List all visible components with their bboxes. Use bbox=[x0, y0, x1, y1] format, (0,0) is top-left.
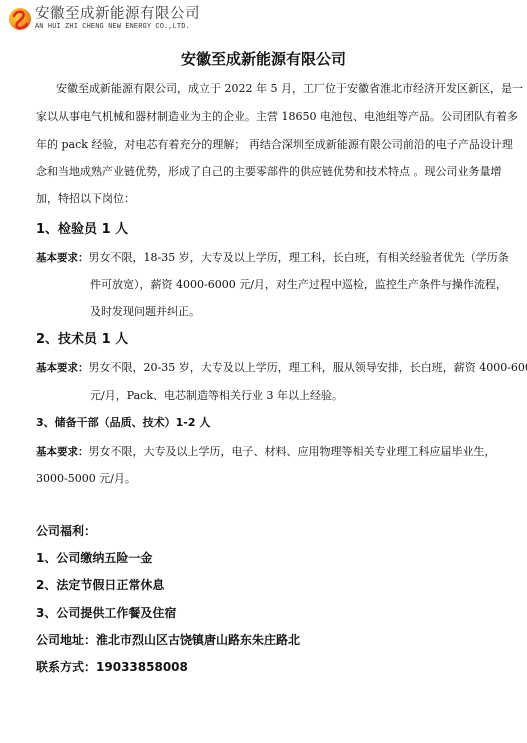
intro-line: 安徽至成新能源有限公司，成立于 2022 年 5 月，工厂位于安徽省淮北市经济开… bbox=[56, 80, 523, 96]
intro-line: 家以从事电气机械和器材制造业为主的企业。主营 18650 电池包、电池组等产品。… bbox=[36, 108, 518, 124]
document-title: 安徽至成新能源有限公司 bbox=[0, 48, 527, 69]
requirement-text: 男女不限，20-35 岁，大专及以上学历，理工科，服从领导安排，长白班，薪资 4… bbox=[89, 361, 527, 374]
requirement-text: 男女不限，大专及以上学历，电子、材料、应用物理等相关专业理工科应届毕业生， bbox=[89, 445, 496, 458]
position-requirement: 基本要求：男女不限，大专及以上学历，电子、材料、应用物理等相关专业理工科应届毕业… bbox=[36, 443, 496, 459]
intro-line: 加，特招以下岗位： bbox=[36, 190, 135, 206]
benefit-item: 2、法定节假日正常休息 bbox=[36, 576, 164, 593]
requirement-label: 基本要求： bbox=[36, 252, 89, 264]
company-logo-icon bbox=[8, 7, 32, 31]
requirement-label: 基本要求： bbox=[36, 362, 89, 374]
letterhead: 安徽至成新能源有限公司 AN HUI ZHI CHENG NEW ENERGY … bbox=[8, 4, 200, 34]
position-heading: 1、检验员 1 人 bbox=[36, 218, 128, 237]
requirement-text: 男女不限，18-35 岁，大专及以上学历，理工科，长白班，有相关经验者优先（学历… bbox=[89, 251, 509, 264]
letterhead-company-cn: 安徽至成新能源有限公司 bbox=[35, 7, 200, 22]
position-heading: 2、技术员 1 人 bbox=[36, 328, 128, 347]
benefit-item: 1、公司缴纳五险一金 bbox=[36, 549, 152, 566]
intro-line: 念和当地成熟产业链优势，形成了自己的主要零部件的供应链优势和技术特点 。现公司业… bbox=[36, 163, 502, 179]
company-contact: 联系方式：19033858008 bbox=[36, 658, 188, 675]
requirement-label: 基本要求： bbox=[36, 446, 89, 458]
company-address: 公司地址：淮北市烈山区古饶镇唐山路东朱庄路北 bbox=[36, 631, 300, 648]
requirement-text: 及时发现问题并纠正。 bbox=[90, 303, 200, 319]
benefits-heading: 公司福利： bbox=[36, 522, 96, 539]
position-heading: 3、储备干部（品质、技术）1-2 人 bbox=[36, 414, 210, 430]
benefit-item: 3、公司提供工作餐及住宿 bbox=[36, 604, 176, 621]
position-requirement: 基本要求：男女不限，18-35 岁，大专及以上学历，理工科，长白班，有相关经验者… bbox=[36, 249, 509, 265]
requirement-text: 3000-5000 元/月。 bbox=[36, 470, 136, 486]
position-requirement: 基本要求：男女不限，20-35 岁，大专及以上学历，理工科，服从领导安排，长白班… bbox=[36, 359, 527, 375]
letterhead-company-en: AN HUI ZHI CHENG NEW ENERGY CO.,LTD. bbox=[35, 24, 200, 31]
phone-value: 19033858008 bbox=[96, 660, 188, 674]
requirement-text: 件可放宽），薪资 4000-6000 元/月，对生产过程中巡检，监控生产条件与操… bbox=[90, 276, 507, 292]
requirement-text: 元/月，Pack、电芯制造等相关行业 3 年以上经验。 bbox=[90, 387, 343, 403]
phone-label: 联系方式： bbox=[36, 660, 96, 674]
intro-line: 年的 pack 经验，对电芯有着充分的理解； 再结合深圳至成新能源有限公司前沿的… bbox=[36, 136, 513, 152]
address-value: 淮北市烈山区古饶镇唐山路东朱庄路北 bbox=[96, 633, 300, 647]
address-label: 公司地址： bbox=[36, 633, 96, 647]
